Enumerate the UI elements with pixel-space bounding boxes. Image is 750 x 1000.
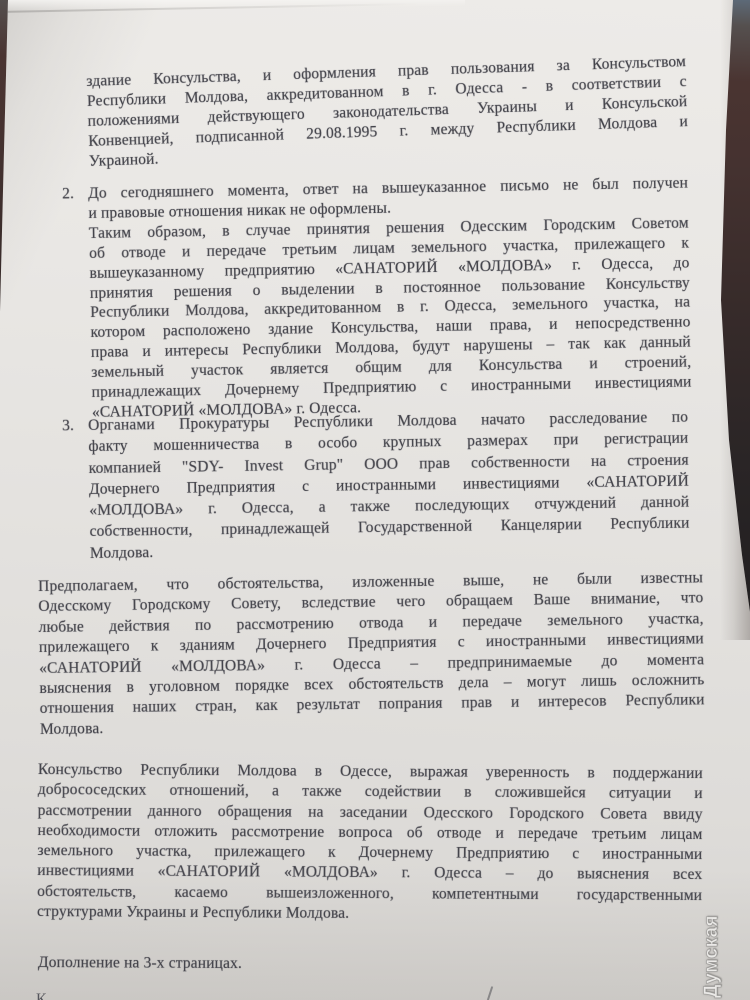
- paragraph-item1-continuation: здание Консульства, и оформления прав по…: [86, 52, 689, 172]
- paper-top-edge-highlight: [0, 0, 465, 11]
- paragraph-predpolagaem: Предполагаем, что обстоятельства, изложе…: [38, 568, 705, 740]
- paragraph-appendix-note: Дополнение на 3-х страницах.: [38, 953, 703, 976]
- paragraph-item3: 3. Органами Прокуратуры Республики Молдо…: [88, 407, 690, 564]
- cutoff-stroke: [487, 986, 494, 1000]
- paper-sheet: здание Консульства, и оформления прав по…: [0, 0, 750, 1000]
- list-number-2: 2.: [62, 184, 74, 204]
- list-number-3: 3.: [62, 415, 74, 436]
- paragraph-konsulstvo: Консульство Республики Молдова в Одессе,…: [37, 760, 703, 926]
- photo-of-document: { "doc": { "blocks": [ { "number": "", "…: [0, 0, 750, 1000]
- paper-right-edge-shadow: [720, 0, 750, 640]
- text-line: Дополнение на 3-х страницах.: [38, 953, 703, 976]
- paragraph-item2: 2. До сегодняшнего момента, ответ на выш…: [88, 174, 692, 423]
- paper-top-edge-crease: [0, 3, 420, 13]
- cutoff-letter: К: [36, 991, 56, 1000]
- watermark-dumskaya: Думская: [701, 898, 725, 998]
- text-line: структурами Украины и Республики Молдова…: [37, 902, 702, 926]
